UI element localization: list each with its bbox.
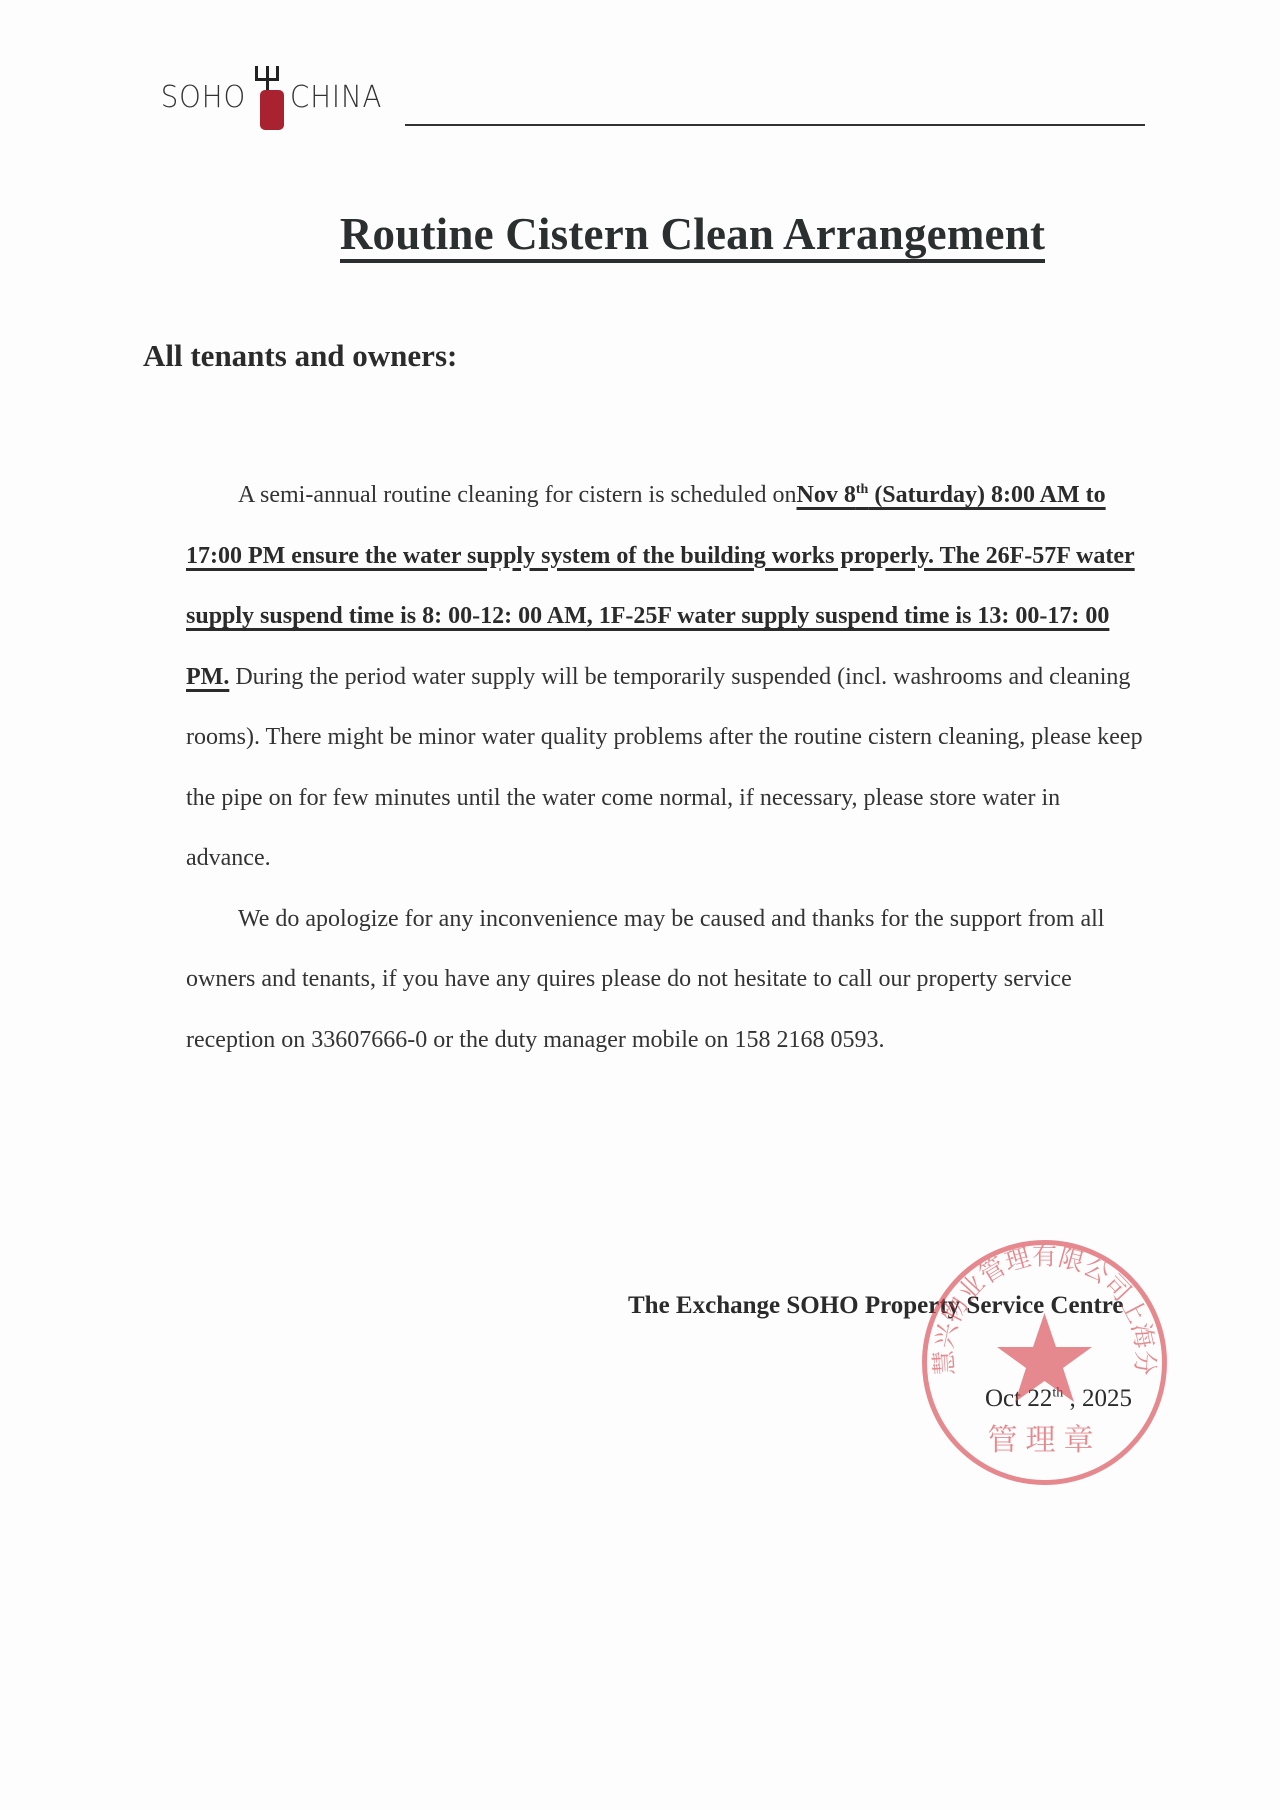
- schedule-highlight: Nov 8th (Saturday) 8:00 AM to 17:00 PM e…: [186, 482, 1135, 690]
- svg-text:管理章: 管理章: [988, 1423, 1102, 1458]
- salutation: All tenants and owners:: [143, 338, 457, 374]
- header-rule: [405, 124, 1145, 126]
- paragraph-schedule: A semi-annual routine cleaning for ciste…: [186, 465, 1146, 889]
- logo-text-left: SOHO: [161, 80, 246, 115]
- document-title: Routine Cistern Clean Arrangement: [0, 208, 1280, 260]
- logo-mark-icon: [250, 62, 284, 132]
- notice-page: SOHO CHINA Routine Cistern Clean Arrange…: [0, 0, 1280, 1810]
- paragraph-apology: We do apologize for any inconvenience ma…: [186, 889, 1146, 1071]
- official-seal-stamp-icon: 北京慧兴物业管理有限公司上海分公司 管理章: [917, 1235, 1172, 1490]
- soho-china-logo: SOHO CHINA: [157, 62, 386, 132]
- logo-text-right: CHINA: [290, 80, 382, 115]
- notice-body: A semi-annual routine cleaning for ciste…: [186, 465, 1146, 1070]
